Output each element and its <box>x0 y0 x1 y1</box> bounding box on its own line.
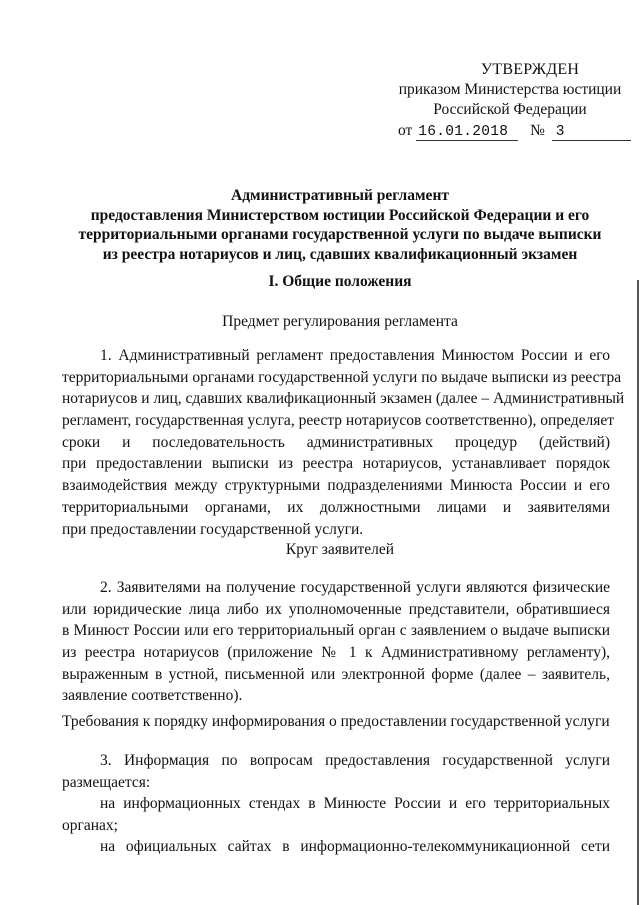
paragraph-line: на официальных сайтах в информационно-те… <box>62 836 610 858</box>
paragraph-3: 3. Информация по вопросам предоставления… <box>62 750 610 793</box>
subheading-informing: Требования к порядку информирования о пр… <box>62 712 610 732</box>
paragraph-line: или юридические лица либо их уполномочен… <box>62 599 610 621</box>
title-line: из реестра нотариусов и лиц, сдавших ква… <box>60 245 620 265</box>
approved-label: УТВЕРЖДЕН <box>430 60 630 80</box>
paragraph-line: на информационных стендах в Минюсте Росс… <box>62 793 610 815</box>
paragraph-line: территориальными органами государственно… <box>62 367 610 389</box>
subheading-subject: Предмет регулирования регламента <box>60 312 620 332</box>
paragraph-3-item-websites: на официальных сайтах в информационно-те… <box>62 836 610 858</box>
subheading-applicants: Круг заявителей <box>60 540 620 560</box>
paragraph-1: 1. Административный регламент предоставл… <box>62 345 610 540</box>
paragraph-line: нотариусов и лиц, сдавших квалификационн… <box>62 388 610 410</box>
from-label: от <box>398 122 412 139</box>
paragraph-line: 2. Заявителями на получение государствен… <box>62 577 610 599</box>
title-line: территориальными органами государственно… <box>60 225 620 245</box>
order-date: 16.01.2018 <box>416 124 518 141</box>
paragraph-line: органах; <box>62 815 610 837</box>
section-heading-general: I. Общие положения <box>60 272 620 292</box>
paragraph-line: регламент, государственная услуга, реест… <box>62 410 610 432</box>
paragraph-3-item-stands: на информационных стендах в Минюсте Росс… <box>62 793 610 836</box>
approval-country-line: Российской Федерации <box>390 100 630 120</box>
number-label: № <box>530 122 545 139</box>
scan-edge-line <box>637 280 639 905</box>
paragraph-line: в Минюст России или его территориальный … <box>62 620 610 642</box>
paragraph-line: 1. Административный регламент предоставл… <box>62 345 610 367</box>
document-page: УТВЕРЖДЕН приказом Министерства юстиции … <box>0 0 640 905</box>
title-line: предоставления Министерством юстиции Рос… <box>60 206 620 226</box>
paragraph-line: из реестра нотариусов (приложение № 1 к … <box>62 642 610 664</box>
paragraph-line: выраженным в устной, письменной или элек… <box>62 664 610 686</box>
order-number: 3 <box>552 124 631 141</box>
approval-stamp: УТВЕРЖДЕН приказом Министерства юстиции … <box>390 60 630 141</box>
paragraph-line: сроки и последовательность административ… <box>62 432 610 454</box>
paragraph-line: заявление соответственно). <box>62 685 610 707</box>
paragraph-2: 2. Заявителями на получение государствен… <box>62 577 610 707</box>
document-title: Административный регламент предоставлени… <box>60 186 620 264</box>
paragraph-line: территориальными органами, их должностны… <box>62 497 610 519</box>
order-date-number-row: от 16.01.2018 № 3 <box>398 121 630 141</box>
paragraph-line: 3. Информация по вопросам предоставления… <box>62 750 610 772</box>
approval-order-line: приказом Министерства юстиции <box>390 80 630 100</box>
title-line: Административный регламент <box>60 186 620 206</box>
paragraph-line: взаимодействия между структурными подраз… <box>62 475 610 497</box>
paragraph-line: при предоставлении выписки из реестра но… <box>62 453 610 475</box>
paragraph-line: размещается: <box>62 772 610 794</box>
paragraph-line: при предоставлении государственной услуг… <box>62 519 610 541</box>
